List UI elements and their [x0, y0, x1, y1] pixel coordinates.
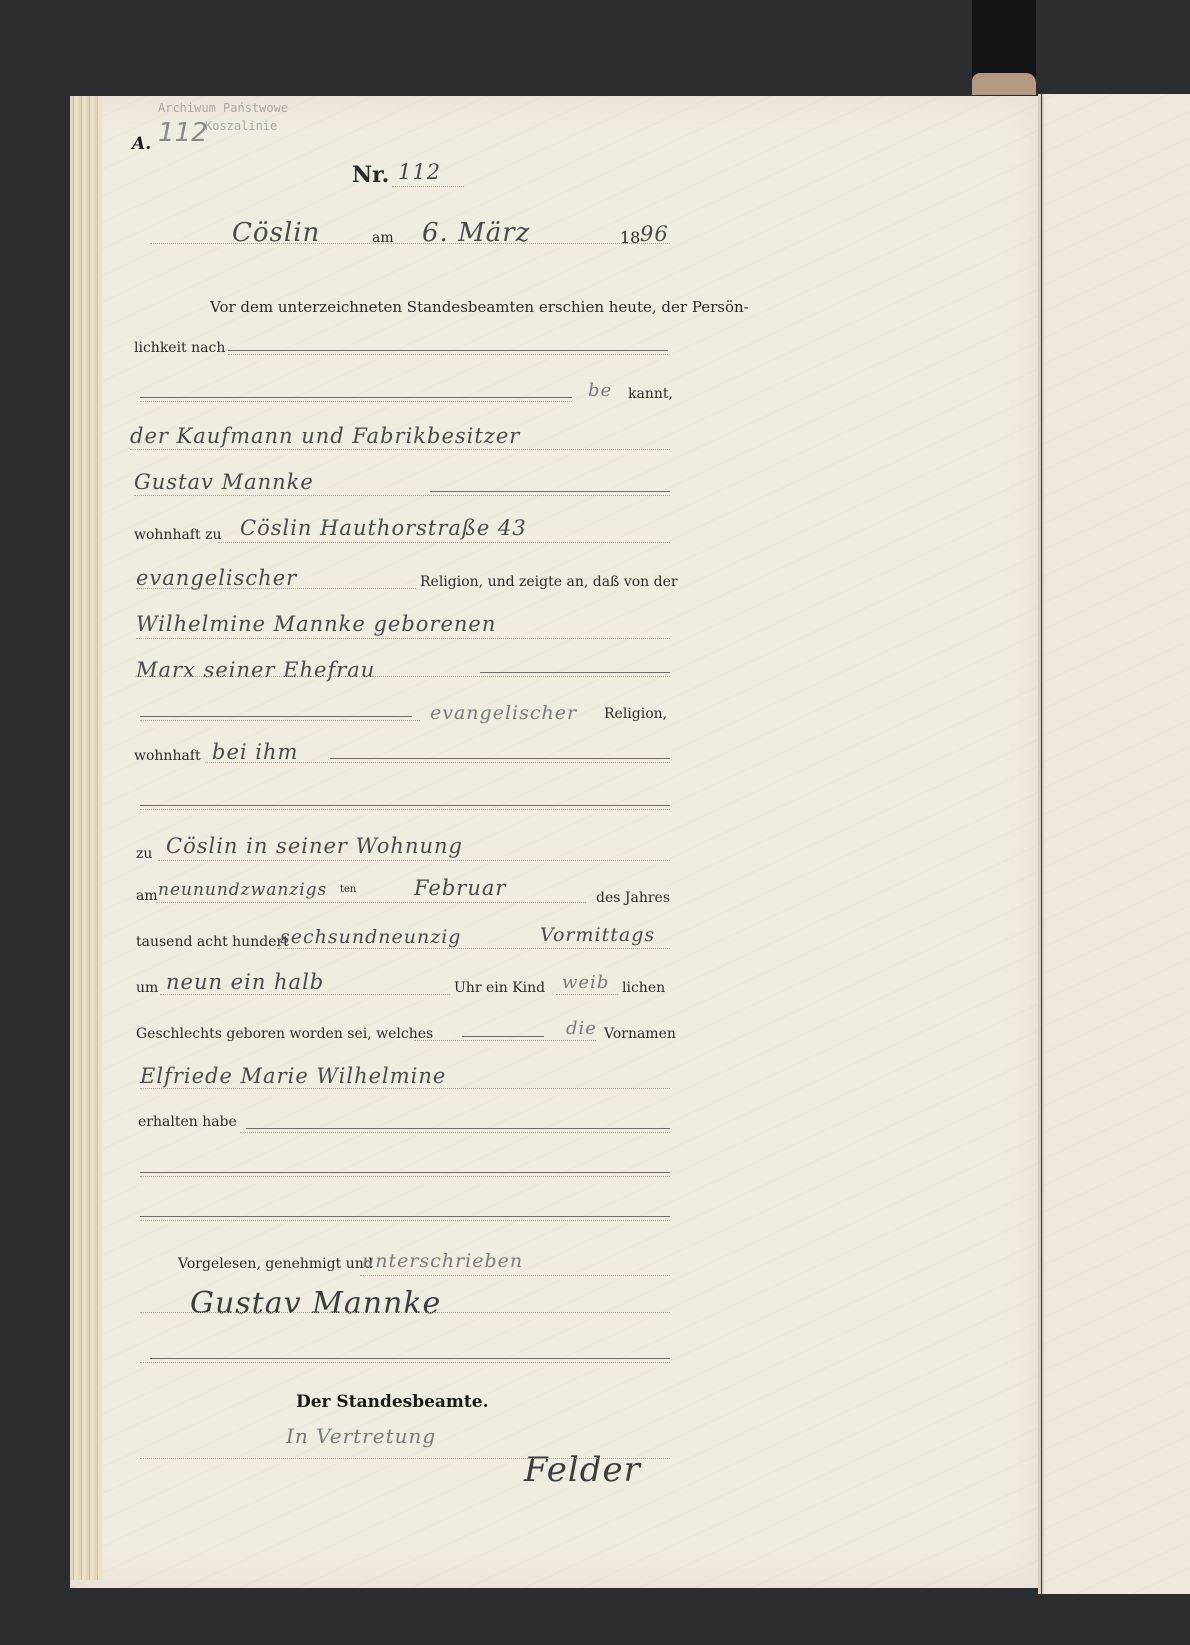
dotline: [134, 495, 670, 496]
wohnhaft-label: wohnhaft zu: [134, 527, 221, 543]
erhalten-label: erhalten habe: [138, 1114, 237, 1130]
unterschrieben-field: unterschrieben: [362, 1250, 523, 1272]
blank-rule: [150, 1358, 670, 1359]
mother-religion-field: evangelischer: [430, 702, 577, 724]
blank-rule: [430, 491, 670, 492]
father-address-field: Cöslin Hauthorstraße 43: [240, 516, 527, 540]
father-name-field: Gustav Mannke: [134, 470, 314, 494]
year-prefix: 18: [620, 228, 640, 247]
father-religion-field: evangelischer: [136, 566, 297, 590]
registrar-title: Der Standesbeamte.: [296, 1392, 489, 1412]
dotline: [158, 860, 670, 861]
dotline: [228, 354, 668, 355]
lichen-label: lichen: [622, 980, 665, 996]
birth-hour-field: neun ein halb: [166, 970, 324, 994]
blank-rule: [462, 1036, 544, 1037]
lichkeit-label: lichkeit nach: [134, 340, 225, 356]
geschlechts-label: Geschlechts geboren worden sei, welches: [136, 1026, 433, 1042]
um-label: um: [136, 980, 158, 996]
dotline: [156, 902, 586, 903]
wohnhaft2-label: wohnhaft: [134, 748, 201, 764]
bleed-through-texture: [1044, 94, 1190, 1594]
dotline: [140, 809, 670, 810]
birth-year-field: sechsundneunzig: [280, 926, 461, 948]
dotline: [140, 1312, 670, 1313]
intro-text: Vor dem unterzeichneten Standesbeamten e…: [210, 298, 749, 316]
record-number-label: Nr.: [352, 162, 389, 188]
dotline: [278, 948, 670, 949]
folio-prefix: A.: [132, 134, 151, 154]
nr-dotline: [392, 186, 464, 187]
dotline: [360, 1275, 670, 1276]
dotline: [140, 1088, 670, 1089]
gutter-fold: [1038, 94, 1041, 1594]
blank-rule: [140, 1216, 670, 1217]
dotline: [140, 1362, 670, 1363]
dotline: [218, 542, 670, 543]
date-dotline: [150, 243, 670, 244]
dotline: [140, 1176, 670, 1177]
dotline: [136, 638, 670, 639]
dotline: [140, 720, 420, 721]
time-of-day-field: Vormittags: [540, 924, 655, 946]
religion-label: Religion,: [604, 706, 667, 722]
dotline: [240, 1132, 670, 1133]
des-jahres-label: des Jahres: [596, 890, 670, 906]
right-page: [1042, 94, 1190, 1594]
blank-rule: [330, 758, 670, 759]
torn-paper-remnant: [972, 73, 1036, 95]
blank-rule: [140, 397, 572, 398]
vorgelesen-label: Vorgelesen, genehmigt und: [178, 1256, 373, 1272]
dotline: [556, 994, 618, 995]
blank-rule: [228, 350, 668, 351]
blank-rule: [140, 805, 670, 806]
blank-rule: [140, 716, 412, 717]
informant-signature: Gustav Mannke: [190, 1286, 441, 1321]
dotline: [414, 1040, 596, 1041]
religion-anzeige-text: Religion, und zeigte an, daß von der: [420, 574, 678, 590]
ten-suffix: ten: [340, 884, 356, 895]
die-field: die: [566, 1018, 597, 1039]
mother-maiden-name-field: Marx seiner Ehefrau: [136, 658, 375, 682]
occupation-field: der Kaufmann und Fabrikbesitzer: [130, 424, 520, 448]
vornamen-label: Vornamen: [604, 1026, 676, 1042]
blank-rule: [140, 1172, 670, 1173]
sex-field: weib: [562, 972, 609, 993]
in-vertretung-field: In Vertretung: [286, 1424, 436, 1448]
binding-gap: [972, 0, 1036, 95]
dotline: [205, 762, 670, 763]
archive-stamp-line2: Koszalinie: [205, 118, 277, 134]
dotline: [140, 401, 572, 402]
kannt-label: kannt,: [628, 386, 673, 402]
date-field: 6. März: [422, 218, 530, 248]
birth-month-field: Februar: [414, 876, 506, 900]
dotline: [160, 994, 450, 995]
registrar-signature: Felder: [524, 1450, 641, 1490]
blank-rule: [246, 1128, 670, 1129]
folio-number: 112: [158, 118, 208, 148]
mother-residence-field: bei ihm: [212, 740, 298, 764]
page-stack-edges: [70, 96, 102, 1580]
dotline: [140, 1220, 670, 1221]
kannt-prefix-hand: be: [588, 380, 612, 401]
tausend-label: tausend acht hundert: [136, 934, 289, 950]
mother-name-field: Wilhelmine Mannke geborenen: [136, 612, 496, 636]
zu-label: zu: [136, 846, 152, 862]
child-names-field: Elfriede Marie Wilhelmine: [140, 1064, 446, 1088]
birth-day-field: neunundzwanzigs: [158, 880, 327, 900]
am-label: am: [372, 230, 394, 246]
dotline: [136, 588, 416, 589]
dotline: [130, 449, 670, 450]
year-suffix: 96: [640, 222, 669, 246]
am2-label: am: [136, 888, 158, 904]
dotline: [140, 1458, 670, 1459]
archive-stamp-line1: Archiwum Państwowe: [158, 100, 288, 116]
birth-place-field: Cöslin in seiner Wohnung: [166, 834, 463, 858]
uhr-kind-label: Uhr ein Kind: [454, 980, 545, 996]
place-field: Cöslin: [232, 218, 320, 248]
blank-rule: [480, 672, 670, 673]
record-number-value: 112: [398, 160, 441, 184]
dotline: [136, 676, 670, 677]
